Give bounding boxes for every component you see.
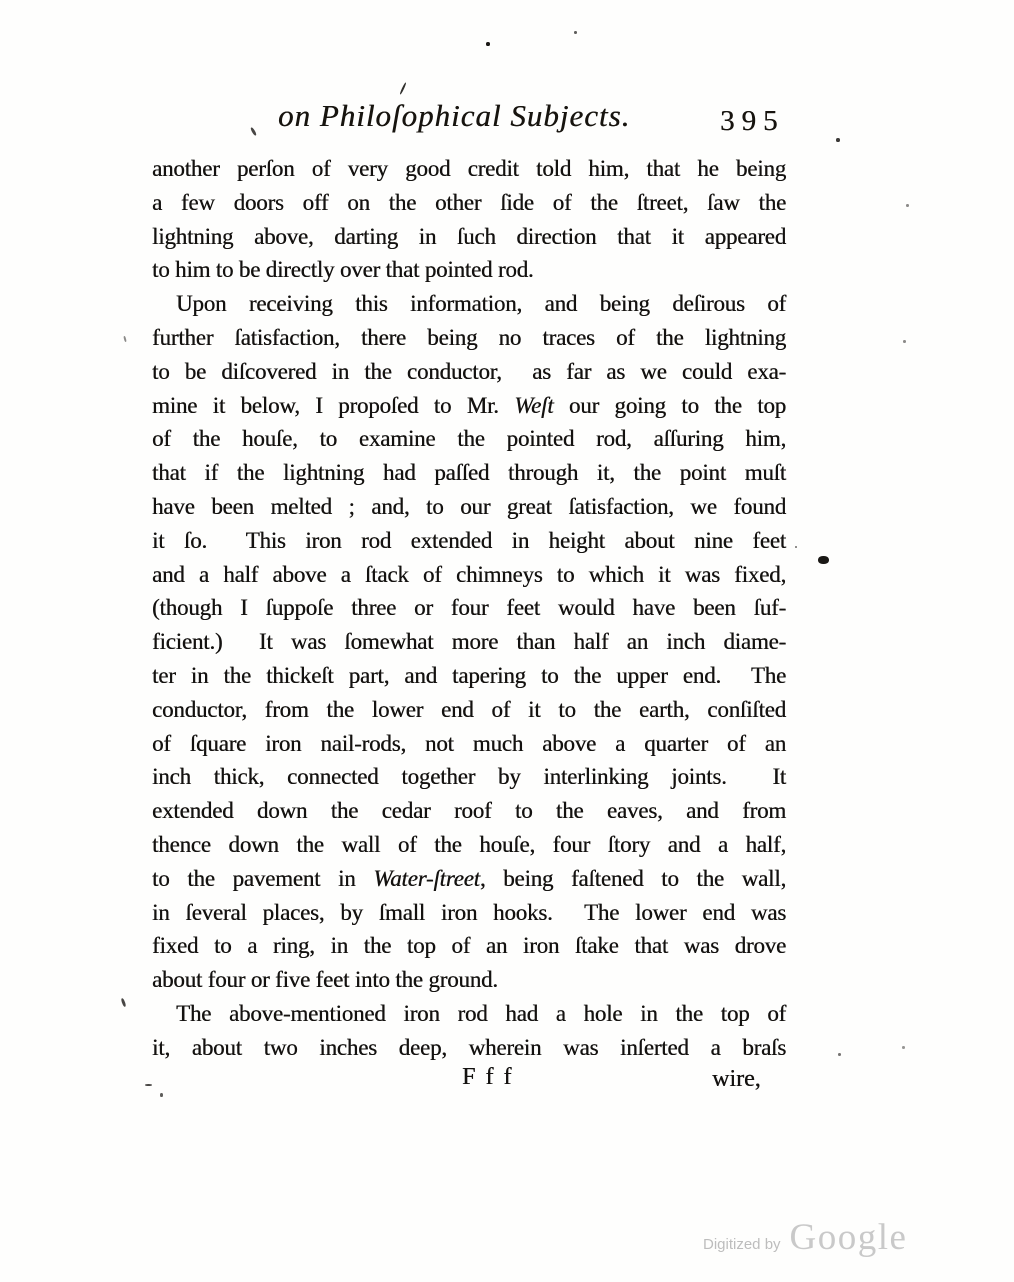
text-segment: have been melted ; and, to our great ſat… [152, 494, 786, 519]
text-segment: lightning above, darting in ſuch directi… [152, 224, 786, 249]
text-segment: about four or five feet into the ground. [152, 967, 498, 992]
text-segment: it ſo. This iron rod extended in height … [152, 528, 786, 553]
scan-speck [818, 556, 829, 564]
text-segment: further ſatisfaction, there being no tra… [152, 325, 786, 350]
text-segment: to be diſcovered in the conductor, as fa… [152, 359, 786, 384]
text-line: conductor, from the lower end of it to t… [152, 693, 786, 727]
text-segment: our going to the top [553, 393, 786, 418]
text-segment: and a half above a ſtack of chimneys to … [152, 562, 786, 587]
scan-speck [906, 204, 909, 207]
text-line: lightning above, darting in ſuch directi… [152, 220, 786, 254]
scan-speck [250, 127, 257, 136]
text-segment: in ſeveral places, by ſmall iron hooks. … [152, 900, 786, 925]
text-line: to be diſcovered in the conductor, as fa… [152, 355, 786, 389]
scan-speck [123, 336, 126, 342]
text-segment: inch thick, connected together by interl… [152, 764, 786, 789]
text-line: have been melted ; and, to our great ſat… [152, 490, 786, 524]
scan-speck [399, 82, 406, 95]
text-segment: , being faſtened to the wall, [480, 866, 786, 891]
scan-speck [160, 1093, 163, 1097]
scan-speck [838, 1053, 841, 1056]
signature-mark: F f f [462, 1064, 513, 1091]
text-line: that if the lightning had paſſed through… [152, 456, 786, 490]
text-segment: to him to be directly over that pointed … [152, 257, 533, 282]
scan-speck [903, 340, 906, 343]
text-segment: conductor, from the lower end of it to t… [152, 697, 786, 722]
text-line: and a half above a ſtack of chimneys to … [152, 558, 786, 592]
text-line: thence down the wall of the houſe, four … [152, 828, 786, 862]
text-segment: to the pavement in [152, 866, 373, 891]
text-line: a few doors off on the other ſide of the… [152, 186, 786, 220]
text-line: of ſquare iron nail-rods, not much above… [152, 727, 786, 761]
text-line: to him to be directly over that pointed … [152, 253, 786, 287]
text-segment: Upon receiving this information, and bei… [176, 291, 786, 316]
book-page-scan: on Philoſophical Subjects. 395 another p… [0, 0, 1014, 1282]
text-segment: of the houſe, to examine the pointed rod… [152, 426, 786, 451]
digitized-by-label: Digitized by [703, 1236, 781, 1253]
text-segment: a few doors off on the other ſide of the… [152, 190, 786, 215]
text-segment: it, about two inches deep, wherein was i… [152, 1035, 786, 1060]
google-watermark: Digitized by Google [703, 1216, 907, 1259]
italic-text: Weſt [514, 393, 553, 418]
text-line: Upon receiving this information, and bei… [152, 287, 786, 321]
text-line: fixed to a ring, in the top of an iron ſ… [152, 929, 786, 963]
scan-speck [836, 138, 840, 142]
text-line: in ſeveral places, by ſmall iron hooks. … [152, 896, 786, 930]
text-line: ter in the thickeſt part, and tapering t… [152, 659, 786, 693]
text-line: another perſon of very good credit told … [152, 152, 786, 186]
text-line: to the pavement in Water-ſtreet, being f… [152, 862, 786, 896]
text-line: ficient.) It was ſomewhat more than half… [152, 625, 786, 659]
scan-speck [795, 546, 797, 548]
text-line: it ſo. This iron rod extended in height … [152, 524, 786, 558]
text-line: mine it below, I propoſed to Mr. Weſt ou… [152, 389, 786, 423]
text-line: further ſatisfaction, there being no tra… [152, 321, 786, 355]
footer-row: F f f wire, [152, 1064, 786, 1098]
text-line: it, about two inches deep, wherein was i… [152, 1031, 786, 1065]
text-line: inch thick, connected together by interl… [152, 760, 786, 794]
text-segment: The above-mentioned iron rod had a hole … [176, 1001, 786, 1026]
italic-text: Water-ſtreet [373, 866, 480, 891]
scan-speck [902, 1046, 905, 1049]
text-segment: of ſquare iron nail-rods, not much above… [152, 731, 786, 756]
text-line: (though I ſuppoſe three or four feet wou… [152, 591, 786, 625]
scan-speck [574, 31, 577, 34]
text-line: The above-mentioned iron rod had a hole … [152, 997, 786, 1031]
text-segment: thence down the wall of the houſe, four … [152, 832, 786, 857]
text-segment: fixed to a ring, in the top of an iron ſ… [152, 933, 786, 958]
text-segment: mine it below, I propoſed to Mr. [152, 393, 514, 418]
text-segment: (though I ſuppoſe three or four feet wou… [152, 595, 786, 620]
scan-speck [121, 998, 127, 1007]
page-number: 395 [720, 105, 785, 138]
running-head-title: on Philoſophical Subjects. [278, 98, 630, 134]
scan-speck [486, 42, 490, 46]
text-line: of the houſe, to examine the pointed rod… [152, 422, 786, 456]
scan-speck [145, 1084, 152, 1086]
text-segment: ter in the thickeſt part, and tapering t… [152, 663, 786, 688]
text-segment: extended down the cedar roof to the eave… [152, 798, 786, 823]
text-line: about four or five feet into the ground. [152, 963, 786, 997]
text-segment: ficient.) It was ſomewhat more than half… [152, 629, 786, 654]
text-line: extended down the cedar roof to the eave… [152, 794, 786, 828]
text-segment: that if the lightning had paſſed through… [152, 460, 786, 485]
catchword: wire, [712, 1066, 761, 1093]
text-segment: another perſon of very good credit told … [152, 156, 786, 181]
page-text: another perſon of very good credit told … [152, 152, 786, 1065]
google-logo: Google [790, 1216, 908, 1259]
